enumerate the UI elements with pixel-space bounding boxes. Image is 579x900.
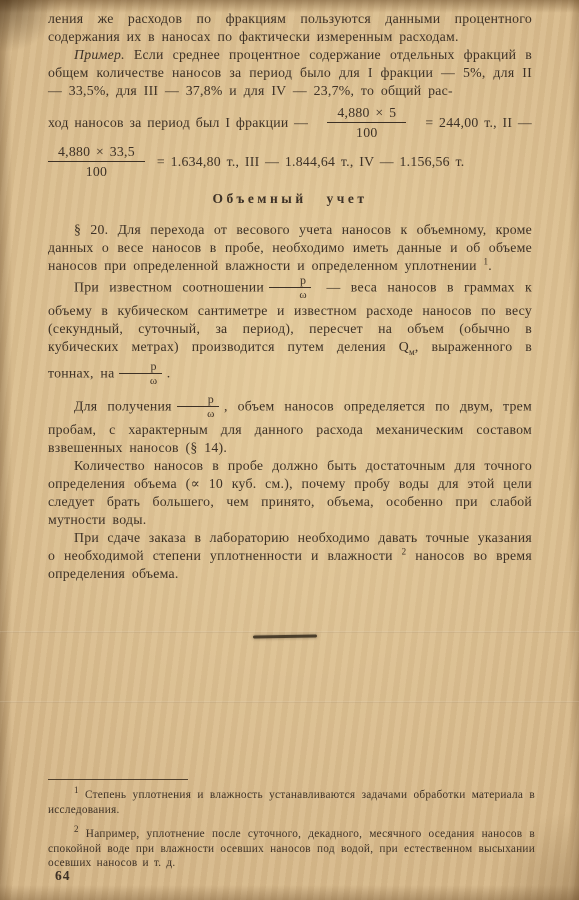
quantity-text: Количество наносов в пробе должно быть д… [48,458,532,527]
section-divider-mark [253,634,317,638]
ratio-seg4: . [167,365,171,380]
fraction-numerator: p [177,393,219,407]
fraction-denominator: ω [273,288,307,301]
footnote-2: 2 Например, уплотнение после суточного, … [48,827,535,871]
p-over-omega-fraction: pω [269,274,311,301]
p-over-omega-fraction: pω [177,393,219,420]
formula1-numerator: 4,880 × 5 [327,105,406,123]
footnote-1-text: Степень уплотнения и влажность устанавли… [48,789,535,816]
example-lead-italic: Пример. [74,47,125,62]
p-over-omega-fraction: pω [119,360,161,387]
text-column: ления же расходов по фракциям пользуются… [48,10,532,583]
paragraph-ratio: При известном соотношенииpω — веса нанос… [48,275,532,388]
paragraph-20-body: § 20. Для перехода от весового учета нан… [48,222,532,273]
formula2-numerator: 4,880 × 33,5 [48,144,145,162]
obtain-seg1: Для получения [74,398,172,413]
formula1-denominator: 100 [356,123,377,140]
formula2-denominator: 100 [86,162,107,179]
formula1-before-text: ход наносов за период был I фракции — [48,115,308,131]
paragraph-example: Пример. Если среднее процентное содержан… [48,46,532,100]
paragraph-text: ления же расходов по фракциям пользуются… [48,11,532,44]
formula-line-2: 4,880 × 33,5 100 = 1.634,80 т., III — 1.… [48,144,532,179]
fraction-numerator: p [269,274,311,288]
footnote-separator-rule [48,779,188,780]
footnote-2-ref: 2 [74,824,79,834]
paragraph-obtain: Для полученияpω, объем наносов определяе… [48,394,532,457]
footnote-1: 1 Степень уплотнения и влажность устанав… [48,788,535,817]
formula2-fraction: 4,880 × 33,5 100 [48,144,145,179]
formula-line-1: ход наносов за период был I фракции — 4,… [48,105,532,140]
footnote-2-text: Например, уплотнение после суточного, де… [48,828,535,869]
footnote-area: 1 Степень уплотнения и влажность устанав… [48,779,535,881]
paragraph-20: § 20. Для перехода от весового учета нан… [48,221,532,275]
fraction-denominator: ω [181,407,215,420]
book-page: ления же расходов по фракциям пользуются… [0,0,579,900]
paragraph-continuation: ления же расходов по фракциям пользуются… [48,10,532,46]
footnote-ref-2: 2 [402,546,407,556]
ratio-seg1: При известном соотношении [74,280,264,295]
page-number: 64 [55,868,71,884]
formula1-fraction: 4,880 × 5 100 [327,105,406,140]
paper-crease [0,701,579,703]
fraction-numerator: p [119,360,161,374]
paper-crease [0,631,579,633]
fraction-denominator: ω [124,374,158,387]
paragraph-lab: При сдаче заказа в лабораторию необходим… [48,529,532,583]
paragraph-quantity: Количество наносов в пробе должно быть д… [48,457,532,529]
formula2-result-text: = 1.634,80 т., III — 1.844,64 т., IV — 1… [157,154,465,170]
footnote-1-ref: 1 [74,785,79,795]
formula1-result-text: = 244,00 т., II — [425,115,532,131]
section-heading: Объемный учет [48,190,532,208]
paragraph-20-tail: . [488,258,492,273]
